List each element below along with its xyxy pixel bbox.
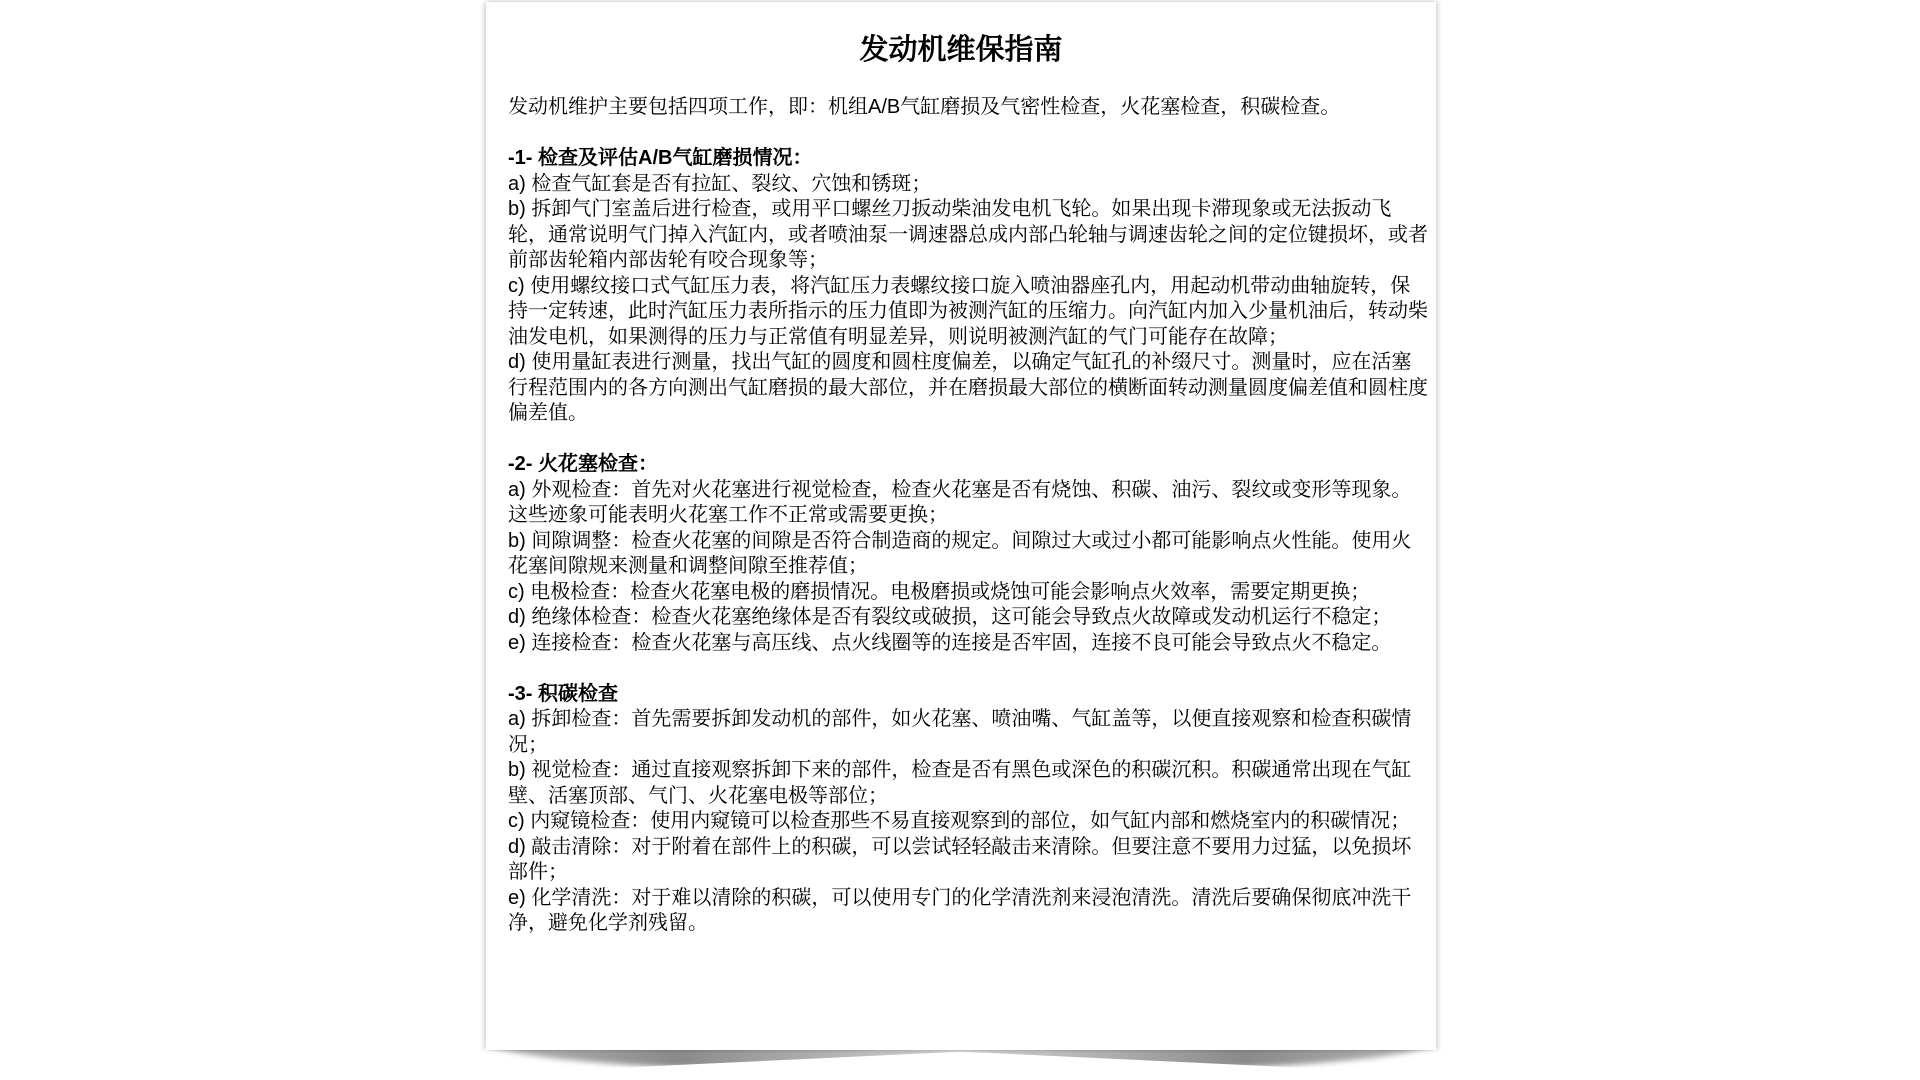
list-item: c) 电极检查：检查火花塞电极的磨损情况。电极磨损或烧蚀可能会影响点火效率，需要…	[508, 580, 1428, 606]
list-item: a) 拆卸检查：首先需要拆卸发动机的部件，如火花塞、喷油嘴、气缸盖等，以便直接观…	[508, 707, 1428, 758]
list-item: d) 敲击清除：对于附着在部件上的积碳，可以尝试轻轻敲击来清除。但要注意不要用力…	[508, 835, 1428, 886]
list-item: d) 绝缘体检查：检查火花塞绝缘体是否有裂纹或破损，这可能会导致点火故障或发动机…	[508, 605, 1428, 631]
list-item: c) 使用螺纹接口式气缸压力表，将汽缸压力表螺纹接口旋入喷油器座孔内，用起动机带…	[508, 274, 1428, 351]
section-heading: -1- 检查及评估A/B气缸磨损情况：	[508, 146, 1428, 172]
spacer	[508, 121, 1428, 147]
list-item: a) 外观检查：首先对火花塞进行视觉检查，检查火花塞是否有烧蚀、积碳、油污、裂纹…	[508, 478, 1428, 529]
spacer	[508, 427, 1428, 453]
document-page-container: 发动机维保指南 发动机维护主要包括四项工作，即：机组A/B气缸磨损及气密性检查，…	[486, 2, 1436, 1050]
list-item: a) 检查气缸套是否有拉缸、裂纹、穴蚀和锈斑；	[508, 172, 1428, 198]
list-item: b) 拆卸气门室盖后进行检查，或用平口螺丝刀扳动柴油发电机飞轮。如果出现卡滞现象…	[508, 197, 1428, 274]
section-heading: -3- 积碳检查	[508, 682, 1428, 708]
section-spark-plug: -2- 火花塞检查： a) 外观检查：首先对火花塞进行视觉检查，检查火花塞是否有…	[508, 452, 1428, 656]
document-title: 发动机维保指南	[486, 34, 1436, 66]
list-item: b) 视觉检查：通过直接观察拆卸下来的部件，检查是否有黑色或深色的积碳沉积。积碳…	[508, 758, 1428, 809]
list-item: d) 使用量缸表进行测量，找出气缸的圆度和圆柱度偏差，以确定气缸孔的补缀尺寸。测…	[508, 350, 1428, 427]
list-item: c) 内窥镜检查：使用内窥镜可以检查那些不易直接观察到的部位，如气缸内部和燃烧室…	[508, 809, 1428, 835]
spacer	[508, 656, 1428, 682]
list-item: e) 化学清洗：对于难以清除的积碳，可以使用专门的化学清洗剂来浸泡清洗。清洗后要…	[508, 886, 1428, 937]
document-body: 发动机维护主要包括四项工作，即：机组A/B气缸磨损及气密性检查，火花塞检查，积碳…	[508, 95, 1428, 937]
section-cylinder-wear: -1- 检查及评估A/B气缸磨损情况： a) 检查气缸套是否有拉缸、裂纹、穴蚀和…	[508, 146, 1428, 427]
section-heading: -2- 火花塞检查：	[508, 452, 1428, 478]
section-carbon-deposit: -3- 积碳检查 a) 拆卸检查：首先需要拆卸发动机的部件，如火花塞、喷油嘴、气…	[508, 682, 1428, 937]
document-page: 发动机维保指南 发动机维护主要包括四项工作，即：机组A/B气缸磨损及气密性检查，…	[486, 2, 1436, 1050]
list-item: e) 连接检查：检查火花塞与高压线、点火线圈等的连接是否牢固，连接不良可能会导致…	[508, 631, 1428, 657]
intro-paragraph: 发动机维护主要包括四项工作，即：机组A/B气缸磨损及气密性检查，火花塞检查，积碳…	[508, 95, 1428, 121]
list-item: b) 间隙调整：检查火花塞的间隙是否符合制造商的规定。间隙过大或过小都可能影响点…	[508, 529, 1428, 580]
